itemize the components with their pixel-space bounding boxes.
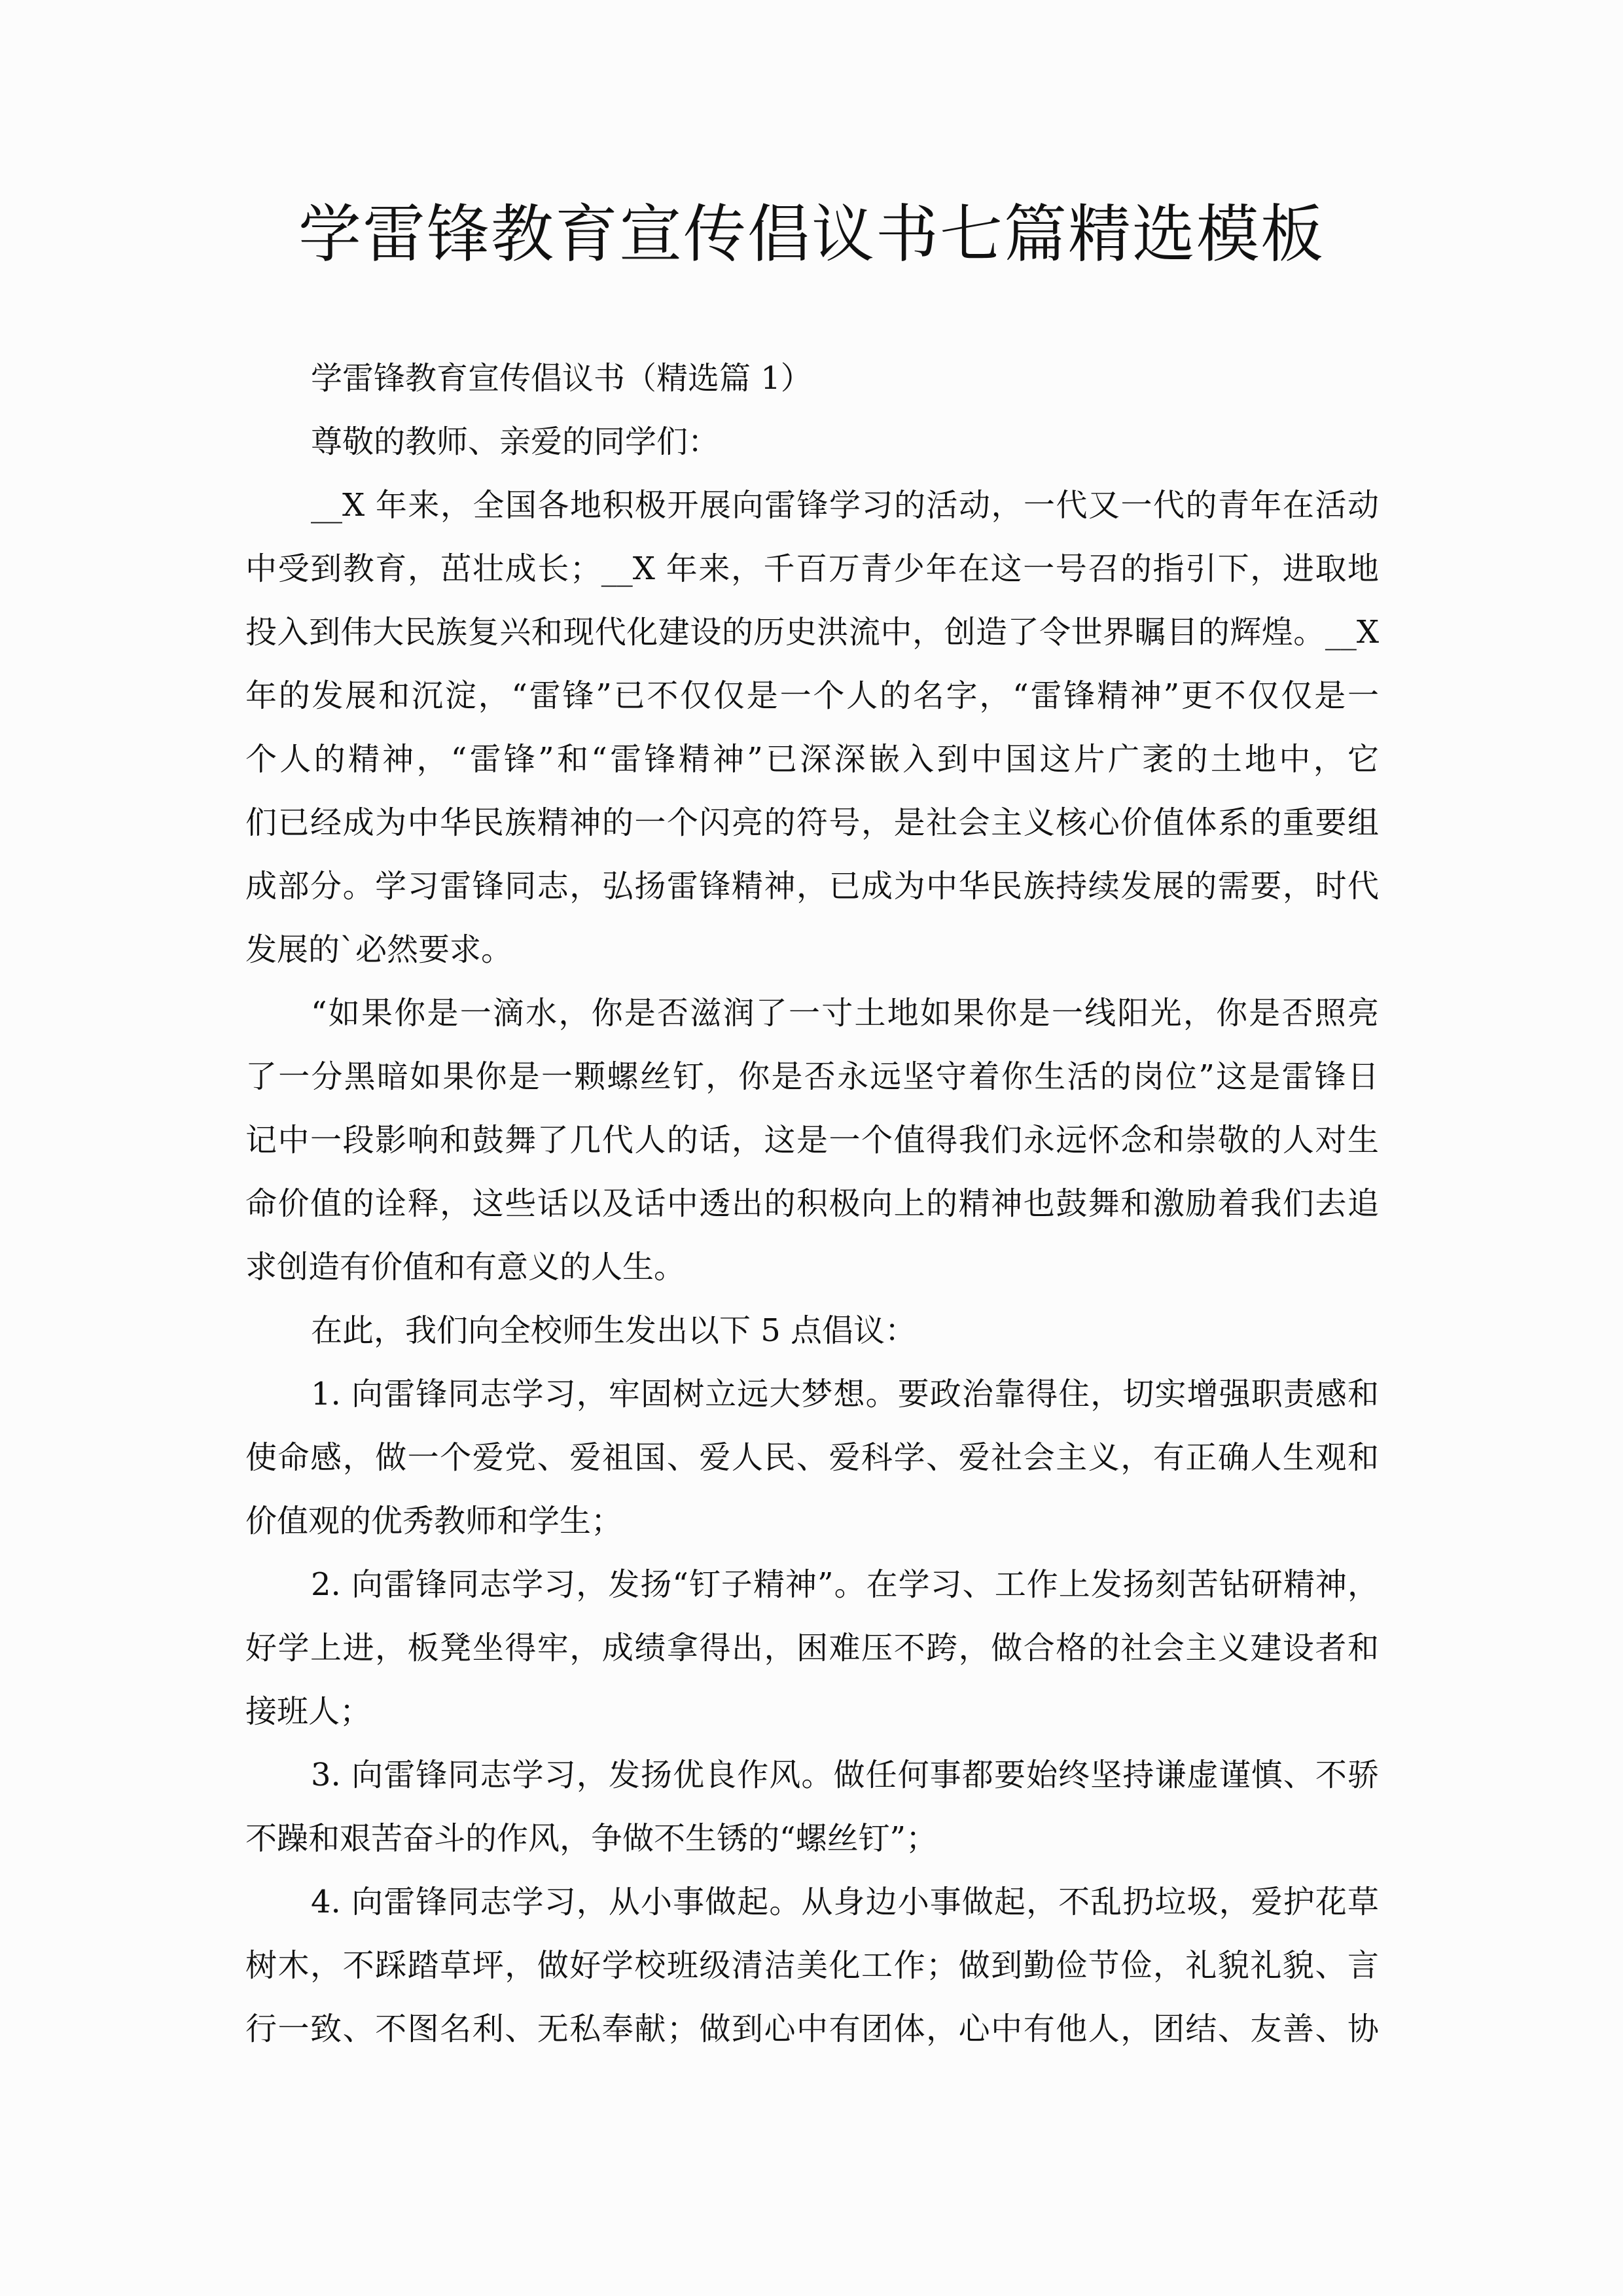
paragraph-line: 投入到伟大民族复兴和现代化建设的历史洪流中，创造了令世界瞩目的辉煌。__X (245, 601, 1379, 664)
paragraph-line: 了一分黑暗如果你是一颗螺丝钉，你是否永远坚守着你生活的岗位”这是雷锋日 (245, 1045, 1379, 1109)
paragraph-line: 成部分。学习雷锋同志，弘扬雷锋精神，已成为中华民族持续发展的需要，时代 (245, 855, 1379, 918)
paragraph-line: 求创造有价值和有意义的人生。 (245, 1236, 1379, 1299)
document-page: 学雷锋教育宣传倡议书七篇精选模板 学雷锋教育宣传倡议书（精选篇 1） 尊敬的教师… (0, 0, 1623, 2296)
paragraph-line: 发展的`必然要求。 (245, 918, 1379, 982)
paragraph-line: “如果你是一滴水，你是否滋润了一寸土地如果你是一线阳光，你是否照亮 (245, 982, 1379, 1045)
paragraph-line: 个人的精神，“雷锋”和“雷锋精神”已深深嵌入到中国这片广袤的土地中，它 (245, 728, 1379, 791)
paragraph-line: 记中一段影响和鼓舞了几代人的话，这是一个值得我们永远怀念和崇敬的人对生 (245, 1109, 1379, 1172)
proposal-intro: 在此，我们向全校师生发出以下 5 点倡议： (245, 1299, 1379, 1363)
proposal-item-1-line: 使命感，做一个爱党、爱祖国、爱人民、爱科学、爱社会主义，有正确人生观和 (245, 1426, 1379, 1490)
proposal-item-3: 3. 向雷锋同志学习，发扬优良作风。做任何事都要始终坚持谦虚谨慎、不骄 (245, 1744, 1379, 1807)
paragraph-line: __X 年来，全国各地积极开展向雷锋学习的活动，一代又一代的青年在活动 (245, 474, 1379, 537)
proposal-item-3-line: 不躁和艰苦奋斗的作风，争做不生锈的“螺丝钉”； (245, 1807, 1379, 1871)
proposal-item-4: 4. 向雷锋同志学习，从小事做起。从身边小事做起，不乱扔垃圾，爱护花草 (245, 1871, 1379, 1934)
proposal-item-2: 2. 向雷锋同志学习，发扬“钉子精神”。在学习、工作上发扬刻苦钻研精神， (245, 1553, 1379, 1617)
document-body: 学雷锋教育宣传倡议书（精选篇 1） 尊敬的教师、亲爱的同学们： __X 年来，全… (245, 347, 1379, 2061)
paragraph-line: 命价值的诠释，这些话以及话中透出的积极向上的精神也鼓舞和激励着我们去追 (245, 1172, 1379, 1236)
paragraph-line: 们已经成为中华民族精神的一个闪亮的符号，是社会主义核心价值体系的重要组 (245, 791, 1379, 855)
proposal-item-4-line: 树木，不踩踏草坪，做好学校班级清洁美化工作；做到勤俭节俭，礼貌礼貌、言 (245, 1934, 1379, 1998)
salutation: 尊敬的教师、亲爱的同学们： (245, 410, 1379, 474)
paragraph-line: 年的发展和沉淀，“雷锋”已不仅仅是一个人的名字，“雷锋精神”更不仅仅是一 (245, 664, 1379, 728)
proposal-item-1-line: 价值观的优秀教师和学生； (245, 1490, 1379, 1553)
proposal-item-2-line: 接班人； (245, 1680, 1379, 1744)
paragraph-line: 中受到教育，茁壮成长；__X 年来，千百万青少年在这一号召的指引下，进取地 (245, 537, 1379, 601)
proposal-item-1: 1. 向雷锋同志学习，牢固树立远大梦想。要政治靠得住，切实增强职责感和 (245, 1363, 1379, 1426)
document-title: 学雷锋教育宣传倡议书七篇精选模板 (0, 195, 1623, 274)
proposal-item-4-line: 行一致、不图名利、无私奉献；做到心中有团体，心中有他人，团结、友善、协 (245, 1998, 1379, 2061)
proposal-item-2-line: 好学上进，板凳坐得牢，成绩拿得出，困难压不跨，做合格的社会主义建设者和 (245, 1617, 1379, 1680)
section-heading: 学雷锋教育宣传倡议书（精选篇 1） (245, 347, 1379, 410)
